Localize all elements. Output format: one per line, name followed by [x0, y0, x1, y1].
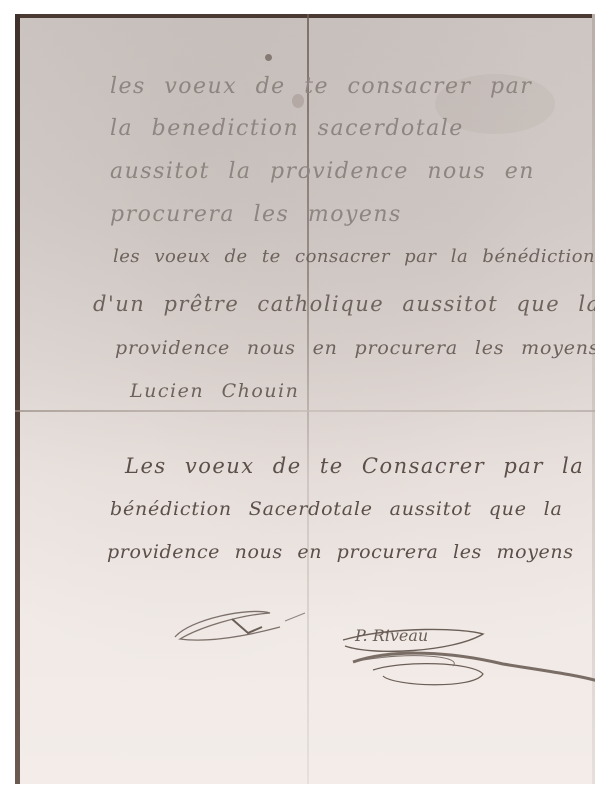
- aged-paper-sheet: les voeux de te consacrer par la benedic…: [15, 14, 595, 784]
- passage-3-line-3: providence nous en procurera les moyens: [107, 541, 574, 563]
- document-photo: les voeux de te consacrer par la benedic…: [0, 0, 608, 800]
- passage-1-line-3: aussitot la providence nous en: [110, 159, 535, 184]
- left-signature-flourish: [170, 599, 340, 649]
- torn-top-edge: [15, 14, 595, 18]
- torn-left-edge: [15, 14, 20, 784]
- ink-spot: [265, 54, 272, 61]
- passage-3-line-1: Les voeux de te Consacrer par la: [125, 454, 584, 478]
- passage-1-line-1: les voeux de te consacrer par: [110, 74, 532, 99]
- passage-2-line-1: les voeux de te consacrer par la bénédic…: [113, 246, 595, 267]
- passage-3-line-2: bénédiction Sacerdotale aussitot que la: [110, 498, 563, 520]
- passage-1-line-4: procurera les moyens: [110, 202, 402, 227]
- passage-2-line-2: d'un prêtre catholique aussitot que la: [93, 292, 595, 316]
- passage-1-line-2: la benediction sacerdotale: [110, 116, 464, 141]
- horizontal-fold-line: [15, 410, 595, 412]
- passage-2-line-3: providence nous en procurera les moyens: [115, 337, 595, 359]
- passage-2-signature: Lucien Chouin: [130, 380, 299, 402]
- signature-name: P. Riveau: [355, 626, 428, 645]
